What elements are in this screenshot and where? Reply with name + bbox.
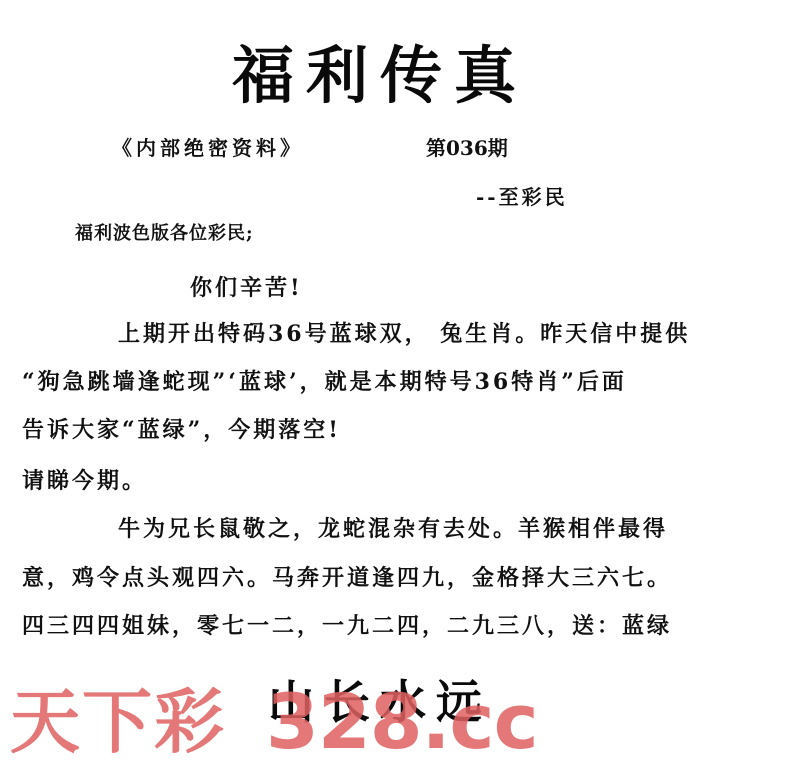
watermark-url: 328.cc xyxy=(266,682,538,762)
watermark-chinese: 天下彩 xyxy=(10,682,226,762)
body-line-6: 意，鸡令点头观四六。马奔开道逢四九，金格择大三六七。 xyxy=(22,562,772,594)
body-line-2: “狗急跳墙逢蛇现”‘蓝球’，就是本期特号36特肖”后面 xyxy=(22,366,772,398)
issue-number: 第036期 xyxy=(426,134,508,162)
document-title: 福利传真 xyxy=(232,36,528,116)
body-line-1: 上期开出特码36号蓝球双， 兔生肖。昨天信中提供 xyxy=(118,318,785,350)
document-subtitle: 《内部绝密资料》 xyxy=(112,134,304,162)
body-line-7: 四三四四姐妹，零七一二，一九二四，二九三八，送：蓝绿 xyxy=(22,610,772,642)
greeting: 你们辛苦! xyxy=(190,272,303,304)
signature: --至彩民 xyxy=(476,183,568,211)
body-line-3: 告诉大家“蓝绿”，今期落空! xyxy=(22,414,772,446)
body-line-4: 请睇今期。 xyxy=(22,465,772,497)
salutation: 福利波色版各位彩民; xyxy=(75,221,254,247)
body-line-5: 牛为兄长鼠敬之，龙蛇混杂有去处。羊猴相伴最得 xyxy=(118,513,785,545)
